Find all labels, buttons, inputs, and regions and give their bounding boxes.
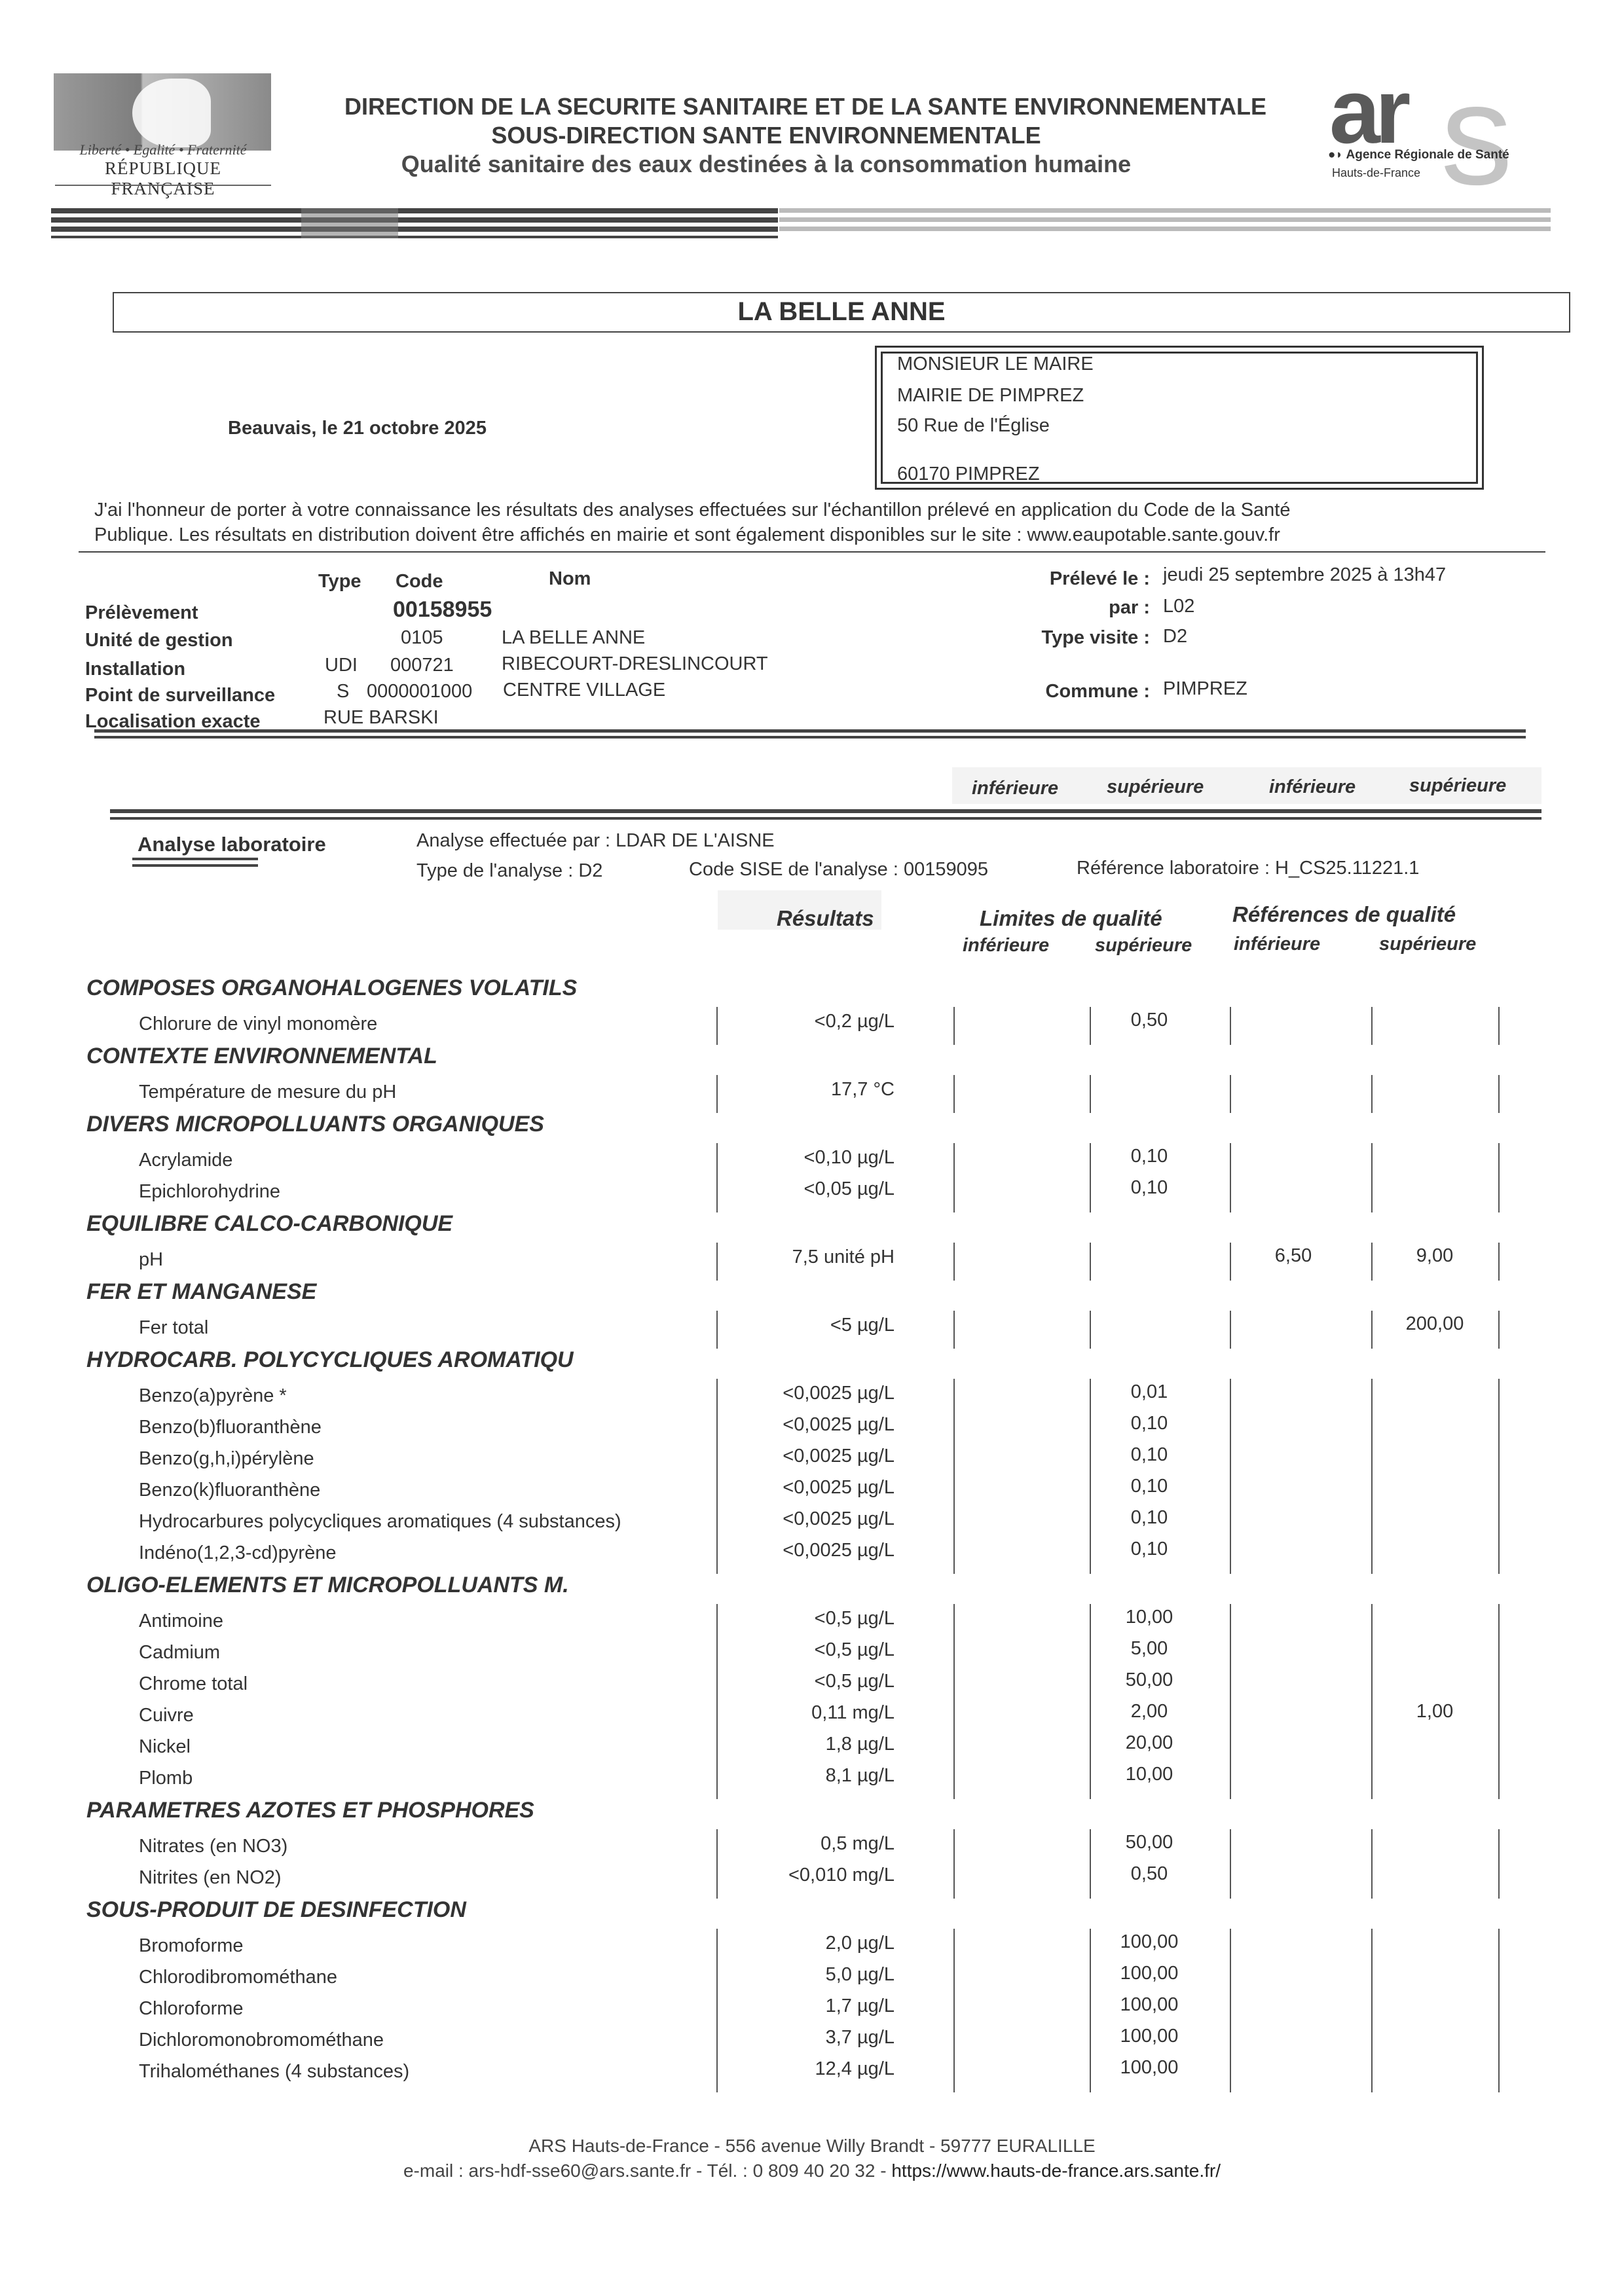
result-value: <0,0025 µg/L — [720, 1414, 895, 1436]
col-limits: Limites de qualité — [980, 906, 1162, 931]
unite-gestion-code: 0105 — [401, 627, 443, 649]
result-value: <0,0025 µg/L — [720, 1477, 895, 1499]
column-separator — [1371, 1143, 1373, 1212]
lim-sup-value: 100,00 — [1100, 1963, 1198, 1984]
column-separator — [1090, 1007, 1091, 1045]
parameter-name: Nitrites (en NO2) — [139, 1867, 282, 1889]
column-separator — [1371, 1007, 1373, 1045]
parameter-name: Chloroforme — [139, 1998, 244, 2020]
parameter-name: Bromoforme — [139, 1935, 244, 1957]
divider — [132, 858, 258, 860]
result-value: 7,5 unité pH — [720, 1247, 895, 1268]
lim-sup-value: 10,00 — [1100, 1764, 1198, 1785]
result-value: <0,05 µg/L — [720, 1178, 895, 1200]
result-value: 0,5 mg/L — [720, 1833, 895, 1855]
lim-sup-value: 50,00 — [1100, 1669, 1198, 1691]
footer-website-link[interactable]: https://www.hauts-de-france.ars.sante.fr… — [891, 2160, 1221, 2181]
label-type-visite: Type visite : — [982, 627, 1150, 649]
column-separator — [1230, 1379, 1231, 1574]
column-separator — [1230, 1311, 1231, 1349]
column-separator — [1498, 1075, 1500, 1113]
column-separator — [1230, 1243, 1231, 1281]
recipient-line: 50 Rue de l'Église — [897, 415, 1050, 437]
lim-sup-value: 100,00 — [1100, 1994, 1198, 2016]
lim-sup-value: 0,10 — [1100, 1177, 1198, 1199]
parameter-name: Epichlorohydrine — [139, 1181, 280, 1203]
column-separator — [1371, 1829, 1373, 1899]
result-value: 2,0 µg/L — [720, 1933, 895, 1954]
ref-sup-value: 200,00 — [1386, 1313, 1484, 1335]
column-separator — [1090, 1829, 1091, 1899]
divider — [132, 864, 258, 867]
lim-sup-value: 50,00 — [1100, 1832, 1198, 1853]
ghost-header-sup: supérieure — [1409, 775, 1506, 797]
column-separator — [716, 1007, 718, 1045]
type-visite-value: D2 — [1163, 626, 1187, 647]
category-heading: PARAMETRES AZOTES ET PHOSPHORES — [86, 1798, 534, 1823]
divider — [79, 551, 1545, 553]
result-value: <0,0025 µg/L — [720, 1446, 895, 1467]
column-separator — [1230, 1604, 1231, 1799]
col-lim-inf: inférieure — [963, 935, 1049, 957]
column-separator — [1230, 1007, 1231, 1045]
lim-sup-value: 0,10 — [1100, 1476, 1198, 1497]
column-separator — [1498, 1007, 1500, 1045]
column-separator — [1090, 1143, 1091, 1212]
divider — [94, 729, 1526, 733]
column-separator — [1230, 1075, 1231, 1113]
col-lim-sup: supérieure — [1095, 935, 1192, 957]
category-heading: OLIGO-ELEMENTS ET MICROPOLLUANTS M. — [86, 1573, 569, 1598]
column-separator — [1498, 1143, 1500, 1212]
column-separator — [1371, 1243, 1373, 1281]
parameter-name: Benzo(g,h,i)pérylène — [139, 1448, 314, 1470]
title-box: LA BELLE ANNE — [113, 292, 1570, 333]
header-direction: DIRECTION DE LA SECURITE SANITAIRE ET DE… — [275, 93, 1336, 120]
installation-nom: RIBECOURT-DRESLINCOURT — [502, 653, 768, 675]
parameter-name: Chrome total — [139, 1673, 248, 1695]
divider — [110, 817, 1541, 820]
prelevement-code: 00158955 — [393, 597, 492, 623]
par-value: L02 — [1163, 596, 1194, 617]
result-value: 17,7 °C — [720, 1079, 895, 1101]
footer-contact: e-mail : ars-hdf-sse60@ars.sante.fr - Té… — [0, 2160, 1624, 2181]
recipient-line: MONSIEUR LE MAIRE — [897, 354, 1094, 375]
result-value: <5 µg/L — [720, 1315, 895, 1336]
result-value: 1,7 µg/L — [720, 1995, 895, 2017]
column-separator — [953, 1604, 955, 1799]
parameter-name: Antimoine — [139, 1611, 223, 1632]
installation-code: 000721 — [390, 655, 454, 676]
column-separator — [1090, 1604, 1091, 1799]
column-separator — [716, 1379, 718, 1574]
ars-dots-icon: ●◗ — [1328, 148, 1346, 162]
place-date: Beauvais, le 21 octobre 2025 — [228, 418, 487, 439]
intro-text: J'ai l'honneur de porter à votre connais… — [94, 498, 1547, 547]
ars-agency-label: ●◗ Agence Régionale de Santé — [1328, 148, 1509, 162]
column-separator — [953, 1379, 955, 1574]
recipient-line: 60170 PIMPREZ — [897, 464, 1040, 485]
col-nom: Nom — [549, 568, 591, 590]
ghost-header-inf: inférieure — [1269, 776, 1356, 798]
analysis-code-sise: Code SISE de l'analyse : 00159095 — [689, 859, 988, 881]
parameter-name: Chlorure de vinyl monomère — [139, 1013, 377, 1035]
lim-sup-value: 100,00 — [1100, 2026, 1198, 2047]
ars-logo-icon: ar — [1329, 72, 1405, 151]
result-value: <0,5 µg/L — [720, 1608, 895, 1630]
column-separator — [953, 1075, 955, 1113]
lim-sup-value: 0,10 — [1100, 1444, 1198, 1466]
result-value: 12,4 µg/L — [720, 2058, 895, 2080]
column-separator — [953, 1311, 955, 1349]
column-separator — [1230, 1143, 1231, 1212]
col-ref-inf: inférieure — [1234, 934, 1320, 955]
result-value: 5,0 µg/L — [720, 1964, 895, 1986]
parameter-name: Cadmium — [139, 1642, 220, 1664]
header-stripes-light — [779, 208, 1551, 234]
lim-sup-value: 10,00 — [1100, 1607, 1198, 1628]
divider — [94, 736, 1526, 738]
result-value: <0,10 µg/L — [720, 1147, 895, 1169]
column-separator — [1498, 1379, 1500, 1574]
column-separator — [953, 1007, 955, 1045]
point-surveillance-type: S — [337, 681, 349, 702]
lim-sup-value: 2,00 — [1100, 1701, 1198, 1722]
header-subdirection: SOUS-DIRECTION SANTE ENVIRONNEMENTALE — [275, 122, 1257, 149]
parameter-name: Dichloromonobromométhane — [139, 2030, 384, 2051]
column-separator — [1090, 1243, 1091, 1281]
lim-sup-value: 0,10 — [1100, 1507, 1198, 1529]
preleve-le-value: jeudi 25 septembre 2025 à 13h47 — [1163, 564, 1446, 586]
lim-sup-value: 0,10 — [1100, 1539, 1198, 1560]
footer-address: ARS Hauts-de-France - 556 avenue Willy B… — [0, 2136, 1624, 2157]
page-title: LA BELLE ANNE — [114, 297, 1569, 327]
result-value: <0,5 µg/L — [720, 1671, 895, 1692]
column-separator — [716, 1929, 718, 2092]
column-separator — [1090, 1075, 1091, 1113]
label-point-surveillance: Point de surveillance — [85, 685, 275, 706]
marianne-logo-icon — [54, 73, 271, 151]
lim-sup-value: 100,00 — [1100, 1931, 1198, 1953]
parameter-name: Nickel — [139, 1736, 191, 1758]
col-type: Type — [318, 571, 361, 592]
point-surveillance-code: 0000001000 — [367, 681, 472, 702]
ref-sup-value: 1,00 — [1386, 1701, 1484, 1722]
col-references: Références de qualité — [1232, 902, 1456, 927]
lim-sup-value: 20,00 — [1100, 1732, 1198, 1754]
ref-sup-value: 9,00 — [1386, 1245, 1484, 1267]
lim-sup-value: 100,00 — [1100, 2057, 1198, 2079]
label-preleve-le: Prélevé le : — [1022, 568, 1150, 590]
column-separator — [716, 1075, 718, 1113]
category-heading: DIVERS MICROPOLLUANTS ORGANIQUES — [86, 1112, 544, 1137]
label-unite-gestion: Unité de gestion — [85, 630, 233, 651]
column-separator — [953, 1243, 955, 1281]
label-commune: Commune : — [982, 681, 1150, 702]
label-installation: Installation — [85, 659, 185, 680]
column-separator — [1090, 1379, 1091, 1574]
unite-gestion-nom: LA BELLE ANNE — [502, 627, 645, 649]
lim-sup-value: 0,50 — [1100, 1010, 1198, 1031]
recipient-line: MAIRIE DE PIMPREZ — [897, 385, 1084, 407]
column-separator — [1498, 1929, 1500, 2092]
column-separator — [716, 1311, 718, 1349]
divider — [55, 185, 271, 186]
col-ref-sup: supérieure — [1379, 934, 1476, 955]
category-heading: CONTEXTE ENVIRONNEMENTAL — [86, 1044, 437, 1069]
parameter-name: pH — [139, 1249, 163, 1271]
result-value: <0,0025 µg/L — [720, 1508, 895, 1530]
result-value: <0,2 µg/L — [720, 1011, 895, 1032]
lim-sup-value: 0,50 — [1100, 1863, 1198, 1885]
parameter-name: Trihalométhanes (4 substances) — [139, 2061, 409, 2083]
result-value: 1,8 µg/L — [720, 1734, 895, 1755]
divider — [110, 809, 1541, 813]
category-heading: SOUS-PRODUIT DE DESINFECTION — [86, 1897, 466, 1923]
ars-region-label: Hauts-de-France — [1332, 166, 1420, 180]
result-value: 3,7 µg/L — [720, 2027, 895, 2049]
column-separator — [953, 1143, 955, 1212]
ghost-header-inf: inférieure — [972, 778, 1058, 799]
category-heading: EQUILIBRE CALCO-CARBONIQUE — [86, 1211, 452, 1237]
point-surveillance-nom: CENTRE VILLAGE — [503, 680, 665, 701]
column-separator — [716, 1829, 718, 1899]
category-heading: COMPOSES ORGANOHALOGENES VOLATILS — [86, 975, 577, 1001]
parameter-name: Benzo(a)pyrène * — [139, 1385, 287, 1407]
column-separator — [953, 1929, 955, 2092]
column-separator — [1371, 1311, 1373, 1349]
column-separator — [1090, 1929, 1091, 2092]
column-separator — [1371, 1604, 1373, 1799]
column-separator — [1230, 1829, 1231, 1899]
analysis-lab-ref: Référence laboratoire : H_CS25.11221.1 — [1077, 858, 1419, 879]
lim-sup-value: 0,10 — [1100, 1146, 1198, 1167]
category-heading: FER ET MANGANESE — [86, 1279, 316, 1305]
column-separator — [1230, 1929, 1231, 2092]
parameter-name: Indéno(1,2,3-cd)pyrène — [139, 1542, 336, 1564]
header-stripes-dark — [51, 208, 778, 238]
parameter-name: Plomb — [139, 1768, 193, 1789]
analysis-section-title: Analyse laboratoire — [138, 833, 326, 856]
ars-logo-s-icon: s — [1441, 72, 1513, 196]
parameter-name: Chlorodibromométhane — [139, 1967, 337, 1988]
analysis-lab: Analyse effectuée par : LDAR DE L'AISNE — [416, 830, 775, 852]
column-separator — [1498, 1829, 1500, 1899]
result-value: <0,5 µg/L — [720, 1639, 895, 1661]
column-separator — [1498, 1604, 1500, 1799]
parameter-name: Benzo(k)fluoranthène — [139, 1480, 320, 1501]
parameter-name: Nitrates (en NO3) — [139, 1836, 287, 1857]
column-separator — [716, 1243, 718, 1281]
analysis-type: Type de l'analyse : D2 — [416, 860, 602, 882]
header-subtitle: Qualité sanitaire des eaux destinées à l… — [275, 151, 1257, 178]
republic-motto: Liberté • Egalité • Fraternité — [55, 141, 271, 158]
column-separator — [1371, 1075, 1373, 1113]
column-separator — [953, 1829, 955, 1899]
column-separator — [1090, 1311, 1091, 1349]
ref-inf-value: 6,50 — [1244, 1245, 1342, 1267]
result-value: <0,0025 µg/L — [720, 1383, 895, 1404]
commune-value: PIMPREZ — [1163, 678, 1247, 700]
lim-sup-value: 0,01 — [1100, 1381, 1198, 1403]
label-par: par : — [1022, 597, 1150, 619]
republic-name: RÉPUBLIQUE FRANÇAISE — [55, 158, 271, 199]
parameter-name: Acrylamide — [139, 1150, 232, 1171]
lim-sup-value: 5,00 — [1100, 1638, 1198, 1660]
parameter-name: Hydrocarbures polycycliques aromatiques … — [139, 1511, 621, 1533]
lim-sup-value: 0,10 — [1100, 1413, 1198, 1434]
localisation-value: RUE BARSKI — [323, 707, 439, 729]
column-separator — [1371, 1929, 1373, 2092]
column-separator — [1371, 1379, 1373, 1574]
column-separator — [1498, 1311, 1500, 1349]
category-heading: HYDROCARB. POLYCYCLIQUES AROMATIQU — [86, 1347, 574, 1373]
installation-type: UDI — [325, 655, 358, 676]
col-code: Code — [396, 571, 443, 592]
parameter-name: Température de mesure du pH — [139, 1082, 396, 1103]
result-value: 8,1 µg/L — [720, 1765, 895, 1787]
label-prelevement: Prélèvement — [85, 602, 198, 624]
column-separator — [716, 1604, 718, 1799]
parameter-name: Benzo(b)fluoranthène — [139, 1417, 322, 1438]
result-value: <0,0025 µg/L — [720, 1540, 895, 1561]
parameter-name: Fer total — [139, 1317, 208, 1339]
parameter-name: Cuivre — [139, 1705, 194, 1726]
column-separator — [1498, 1243, 1500, 1281]
result-value: <0,010 mg/L — [720, 1865, 895, 1886]
result-value: 0,11 mg/L — [720, 1702, 895, 1724]
ghost-header-sup: supérieure — [1107, 776, 1204, 798]
col-results: Résultats — [777, 906, 874, 931]
column-separator — [716, 1143, 718, 1212]
